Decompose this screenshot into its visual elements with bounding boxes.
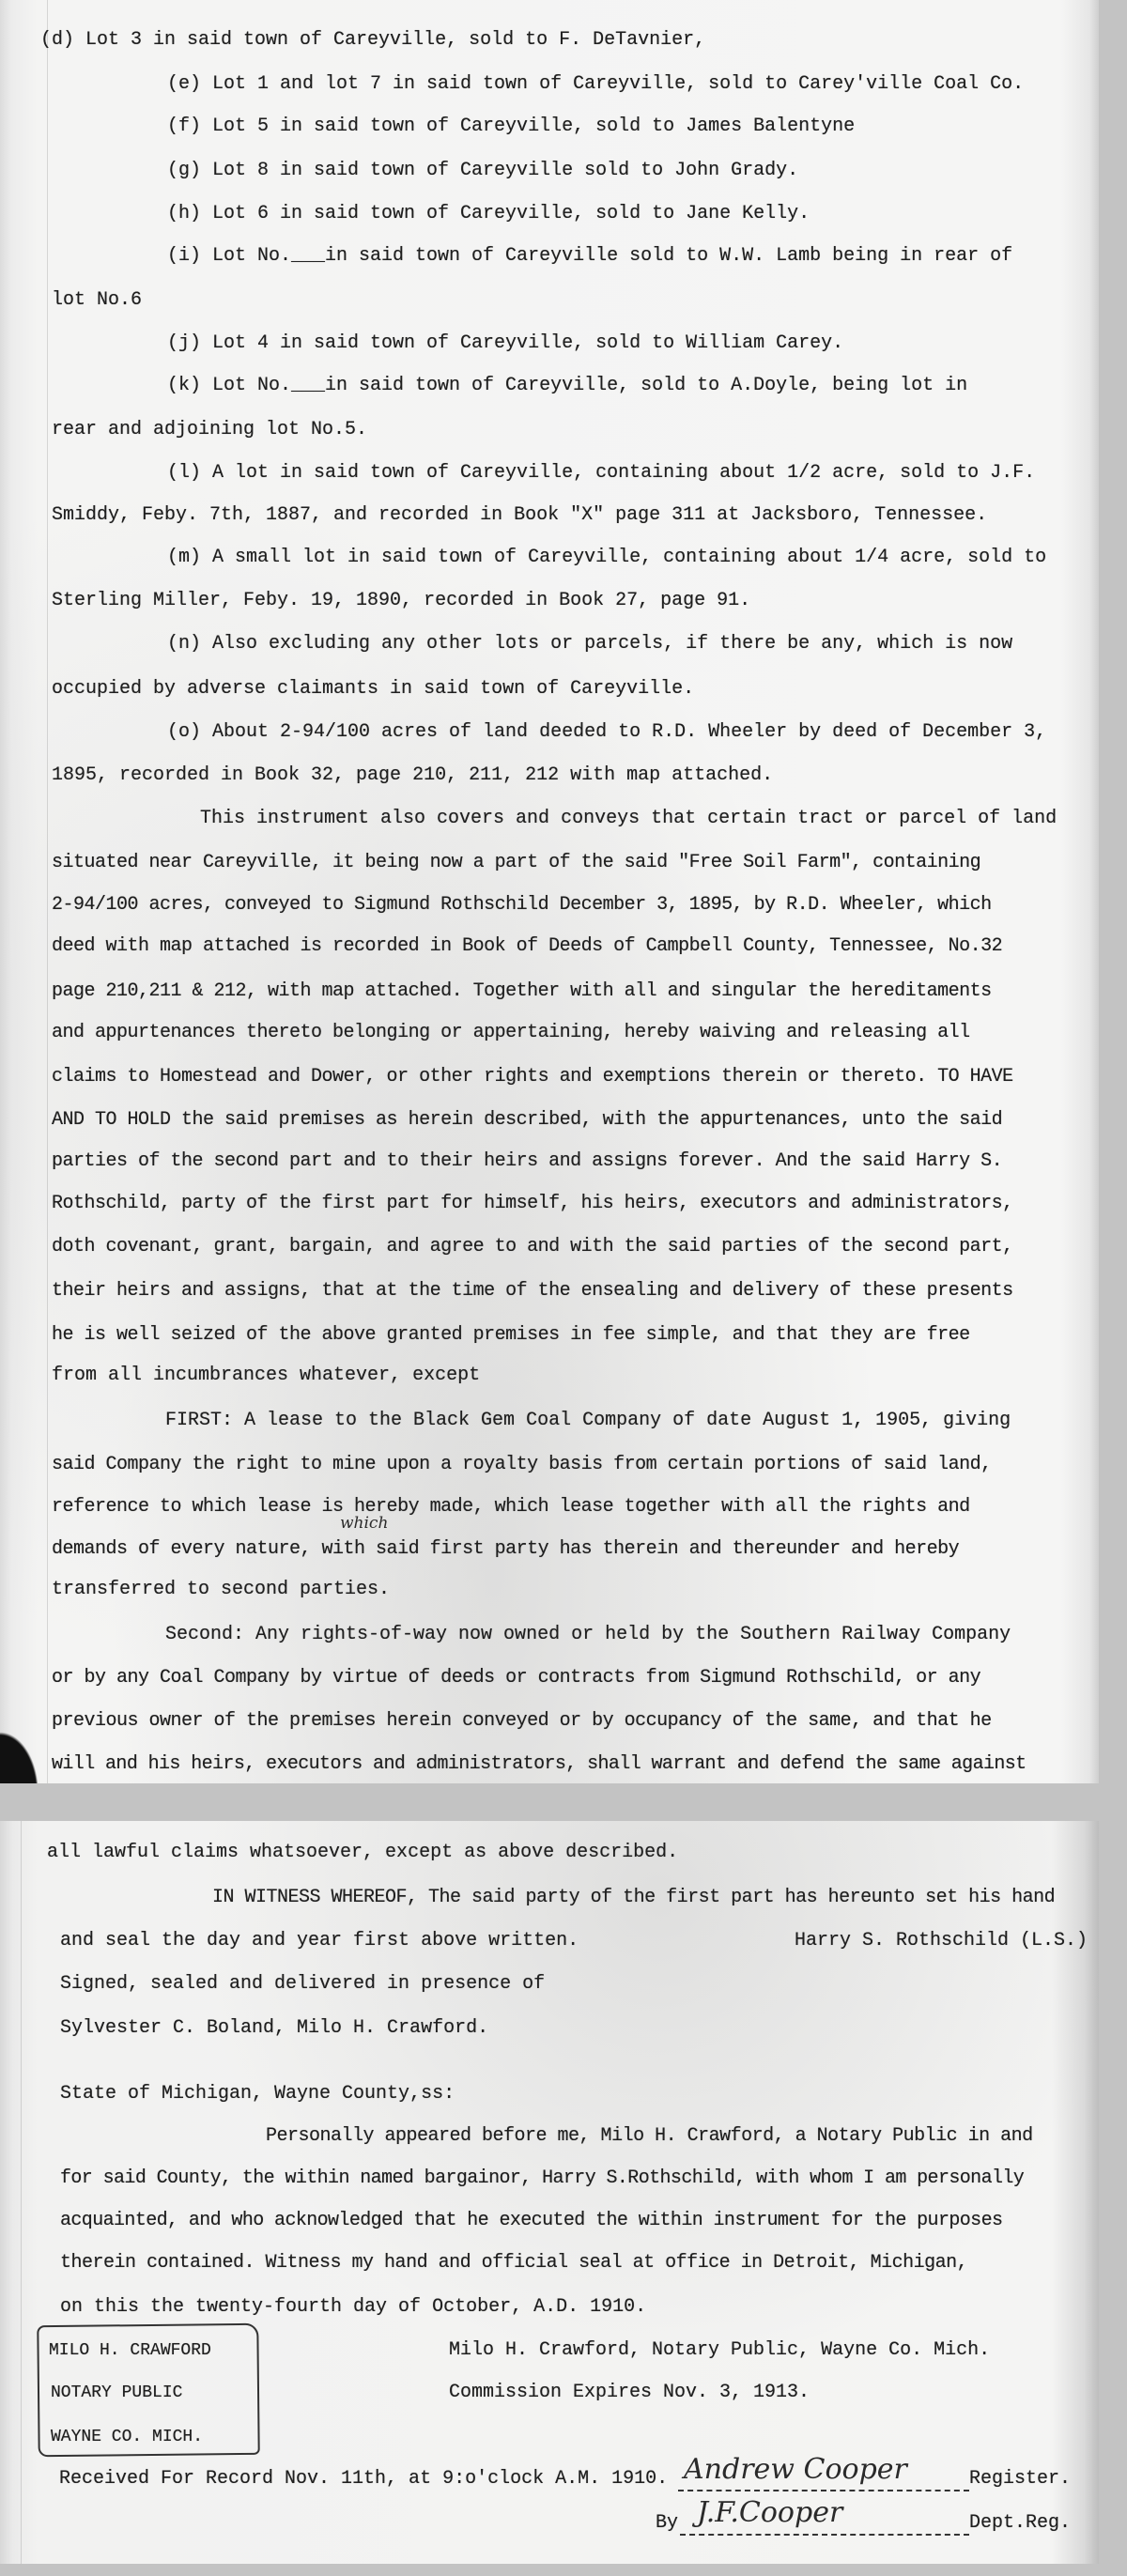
notary-signature-line: Milo H. Crawford, Notary Public, Wayne C… [449,2340,990,2361]
margin-rule [47,0,48,1783]
body-line: and seal the day and year first above wr… [60,1931,579,1951]
clause-n-cont: occupied by adverse claimants in said to… [52,679,694,700]
clause-o: (o) About 2-94/100 acres of land deeded … [167,722,1046,743]
body-line: or by any Coal Company by virtue of deed… [52,1668,980,1689]
clause-i: (i) Lot No.___in said town of Careyville… [167,246,1012,267]
clause-o-cont: 1895, recorded in Book 32, page 210, 211… [52,765,773,786]
grantor-signature: Harry S. Rothschild (L.S.) [795,1931,1088,1951]
body-line: deed with map attached is recorded in Bo… [52,936,1002,957]
seal-line: NOTARY PUBLIC [51,2383,182,2403]
seal-line: MILO H. CRAWFORD [49,2340,211,2361]
clause-d: (d) Lot 3 in said town of Careyville, so… [40,30,705,51]
deputy-signature: J.F.Cooper [697,2496,842,2529]
margin-rule [21,1821,22,2564]
body-line: previous owner of the premises herein co… [52,1711,992,1732]
body-line: doth covenant, grant, bargain, and agree… [52,1237,1013,1257]
body-line: claims to Homestead and Dower, or other … [52,1067,1013,1087]
clause-h: (h) Lot 6 in said town of Careyville, so… [167,204,810,224]
acknowledgment-line: acquainted, and who acknowledged that he… [60,2211,1002,2231]
body-line: said Company the right to mine upon a ro… [52,1455,992,1475]
clause-k-cont: rear and adjoining lot No.5. [52,420,367,440]
witness-intro: Signed, sealed and delivered in presence… [60,1974,545,1995]
clause-l-cont: Smiddy, Feby. 7th, 1887, and recorded in… [52,505,987,526]
by-label: By [656,2513,678,2534]
register-signature: Andrew Cooper [684,2453,907,2486]
commission-expiry: Commission Expires Nov. 3, 1913. [449,2383,810,2403]
clause-m-cont: Sterling Miller, Feby. 19, 1890, recorde… [52,591,750,611]
body-line: situated near Careyville, it being now a… [52,853,980,873]
clause-m: (m) A small lot in said town of Careyvil… [167,548,1046,568]
body-line: will and his heirs, executors and admini… [52,1754,1027,1775]
deed-page-1: (d) Lot 3 in said town of Careyville, so… [0,0,1099,1783]
register-label: Register. [969,2469,1071,2490]
clause-g: (g) Lot 8 in said town of Careyville sol… [167,161,798,181]
body-line: all lawful claims whatsoever, except as … [47,1843,678,1863]
witness-clause: IN WITNESS WHEREOF, The said party of th… [212,1888,1055,1908]
body-line: from all incumbrances whatever, except [52,1365,480,1386]
scan-shadow [0,1719,47,1783]
seal-line: WAYNE CO. MICH. [51,2427,203,2447]
clause-i-cont: lot No.6 [52,290,142,311]
venue: State of Michigan, Wayne County,ss: [60,2084,455,2105]
body-line: This instrument also covers and conveys … [200,809,1057,829]
body-line: 2-94/100 acres, conveyed to Sigmund Roth… [52,895,992,916]
exception-second: Second: Any rights-of-way now owned or h… [165,1625,1011,1645]
received-for-record: Received For Record Nov. 11th, at 9:o'cl… [59,2469,668,2490]
clause-n: (n) Also excluding any other lots or par… [167,634,1012,655]
clause-j: (j) Lot 4 in said town of Careyville, so… [167,333,843,354]
acknowledgment-line: Personally appeared before me, Milo H. C… [266,2126,1033,2147]
body-line: page 210,211 & 212, with map attached. T… [52,981,992,1002]
witness-names: Sylvester C. Boland, Milo H. Crawford. [60,2018,488,2039]
body-line: parties of the second part and to their … [52,1151,1002,1172]
exception-first: FIRST: A lease to the Black Gem Coal Com… [165,1411,1011,1431]
body-line: reference to which lease is hereby made,… [52,1497,970,1518]
acknowledgment-date: on this the twenty-fourth day of October… [60,2297,646,2318]
body-line: Rothschild, party of the first part for … [52,1194,1013,1214]
body-line: transferred to second parties. [52,1580,390,1600]
deputy-label: Dept.Reg. [969,2513,1071,2534]
clause-l: (l) A lot in said town of Careyville, co… [167,463,1035,484]
acknowledgment-line: for said County, the within named bargai… [60,2168,1024,2189]
acknowledgment-line: therein contained. Witness my hand and o… [60,2253,967,2274]
clause-e: (e) Lot 1 and lot 7 in said town of Care… [167,74,1024,95]
body-line: their heirs and assigns, that at the tim… [52,1281,1013,1302]
clause-f: (f) Lot 5 in said town of Careyville, so… [167,116,855,137]
handwritten-correction: which [340,1514,388,1533]
body-line: AND TO HOLD the said premises as herein … [52,1110,1002,1131]
register-signature-rule [678,2490,969,2491]
deputy-signature-rule [680,2534,969,2536]
body-line: demands of every nature, with said first… [52,1539,959,1560]
body-line: he is well seized of the above granted p… [52,1325,970,1346]
clause-k: (k) Lot No.___in said town of Careyville… [167,376,967,396]
body-line: and appurtenances thereto belonging or a… [52,1023,970,1043]
